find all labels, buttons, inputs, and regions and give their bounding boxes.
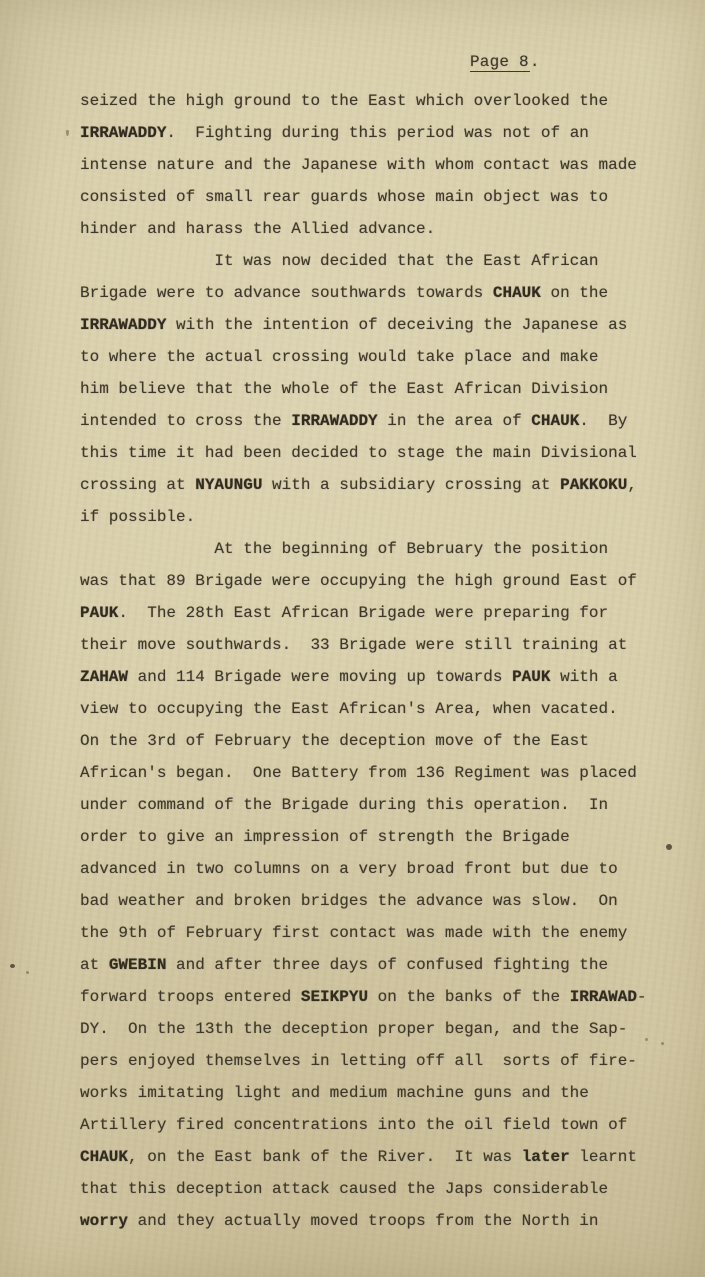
text-line: that this deception attack caused the Ja… bbox=[80, 1173, 680, 1205]
text-line: under command of the Brigade during this… bbox=[80, 789, 680, 821]
document-page: Page 8. seized the high ground to the Ea… bbox=[0, 0, 705, 1277]
text-line: ZAHAW and 114 Brigade were moving up tow… bbox=[80, 661, 680, 693]
text-line: their move southwards. 33 Brigade were s… bbox=[80, 629, 680, 661]
text-line: him believe that the whole of the East A… bbox=[80, 373, 680, 405]
text-line: At the beginning of Bebruary the positio… bbox=[80, 533, 680, 565]
text-line: worry and they actually moved troops fro… bbox=[80, 1205, 680, 1237]
ink-speck bbox=[26, 971, 29, 974]
text-line: bad weather and broken bridges the advan… bbox=[80, 885, 680, 917]
text-line: PAUK. The 28th East African Brigade were… bbox=[80, 597, 680, 629]
text-line: advanced in two columns on a very broad … bbox=[80, 853, 680, 885]
page-number-text: Page 8 bbox=[470, 53, 530, 72]
ink-speck bbox=[10, 964, 15, 968]
text-line: Brigade were to advance southwards towar… bbox=[80, 277, 680, 309]
text-line: if possible. bbox=[80, 501, 680, 533]
text-line: works imitating light and medium machine… bbox=[80, 1077, 680, 1109]
text-line: It was now decided that the East African bbox=[80, 245, 680, 277]
text-line: CHAUK, on the East bank of the River. It… bbox=[80, 1141, 680, 1173]
text-body: seized the high ground to the East which… bbox=[80, 85, 680, 1237]
text-line: On the 3rd of February the deception mov… bbox=[80, 725, 680, 757]
ink-speck bbox=[661, 1042, 664, 1045]
page-number-period: . bbox=[530, 53, 540, 71]
ink-speck bbox=[66, 130, 69, 136]
text-line: at GWEBIN and after three days of confus… bbox=[80, 949, 680, 981]
text-line: IRRAWADDY with the intention of deceivin… bbox=[80, 309, 680, 341]
ink-speck bbox=[666, 844, 672, 850]
text-line: view to occupying the East African's Are… bbox=[80, 693, 680, 725]
text-line: to where the actual crossing would take … bbox=[80, 341, 680, 373]
text-line: seized the high ground to the East which… bbox=[80, 85, 680, 117]
text-line: this time it had been decided to stage t… bbox=[80, 437, 680, 469]
text-line: order to give an impression of strength … bbox=[80, 821, 680, 853]
text-line: intense nature and the Japanese with who… bbox=[80, 149, 680, 181]
text-line: forward troops entered SEIKPYU on the ba… bbox=[80, 981, 680, 1013]
text-line: pers enjoyed themselves in letting off a… bbox=[80, 1045, 680, 1077]
text-line: the 9th of February first contact was ma… bbox=[80, 917, 680, 949]
text-line: consisted of small rear guards whose mai… bbox=[80, 181, 680, 213]
text-line: Artillery fired concentrations into the … bbox=[80, 1109, 680, 1141]
text-line: IRRAWADDY. Fighting during this period w… bbox=[80, 117, 680, 149]
text-line: DY. On the 13th the deception proper beg… bbox=[80, 1013, 680, 1045]
page-number: Page 8. bbox=[470, 53, 540, 71]
text-line: intended to cross the IRRAWADDY in the a… bbox=[80, 405, 680, 437]
text-line: crossing at NYAUNGU with a subsidiary cr… bbox=[80, 469, 680, 501]
ink-speck bbox=[645, 1038, 648, 1041]
text-line: was that 89 Brigade were occupying the h… bbox=[80, 565, 680, 597]
text-line: hinder and harass the Allied advance. bbox=[80, 213, 680, 245]
text-line: African's began. One Battery from 136 Re… bbox=[80, 757, 680, 789]
